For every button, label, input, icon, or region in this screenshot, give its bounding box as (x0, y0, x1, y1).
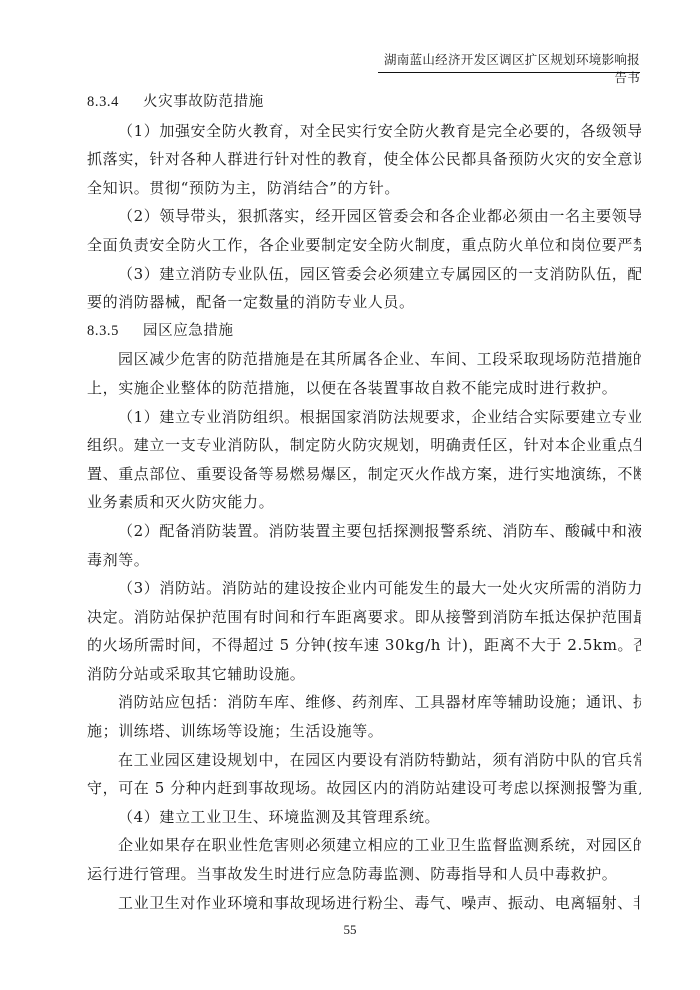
paragraph-line: 要的消防器械，配备一定数量的消防专业人员。 (87, 288, 641, 317)
paragraph-line: 工业卫生对作业环境和事故现场进行粉尘、毒气、噪声、振动、电离辐射、非电离 (87, 889, 641, 918)
page-body: 8.3.4火灾事故防范措施 （1）加强安全防火教育，对全民实行安全防火教育是完全… (87, 88, 641, 917)
paragraph-line: 全面负责安全防火工作，各企业要制定安全防火制度，重点防火单位和岗位要严禁烟火。 (87, 231, 641, 260)
paragraph-line: 守，可在 5 分种内赶到事故现场。故园区内的消防站建设可考虑以探测报警为重点。 (87, 774, 641, 803)
section-number: 8.3.5 (87, 317, 143, 346)
paragraph-line: （3）建立消防专业队伍，园区管委会必须建立专属园区的一支消防队伍，配备必 (87, 260, 641, 289)
paragraph-line: 的火场所需时间，不得超过 5 分钟(按车速 30kg/h 计)，距离不大于 2.… (87, 631, 641, 660)
paragraph-line: （1）建立专业消防组织。根据国家消防法规要求，企业结合实际要建立专业消防 (87, 403, 641, 432)
paragraph-line: 全知识。贯彻“预防为主，防消结合”的方针。 (87, 174, 641, 203)
paragraph-line: 组织。建立一支专业消防队，制定防火防灾规划，明确责任区，针对本企业重点生产装 (87, 431, 641, 460)
section-title: 园区应急措施 (143, 323, 234, 339)
paragraph-line: 消防站应包括：消防车库、维修、药剂库、工具器材库等辅助设施；通讯、执勤设 (87, 688, 641, 717)
paragraph-line: 消防分站或采取其它辅助设施。 (87, 660, 641, 689)
paragraph-line: 毒剂等。 (87, 546, 641, 575)
paragraph-line: 决定。消防站保护范围有时间和行车距离要求。即从接警到消防车抵达保护范围最远点 (87, 603, 641, 632)
header-divider (378, 72, 640, 73)
paragraph-line: 抓落实，针对各种人群进行针对性的教育，使全体公民都具备预防火灾的安全意识和安 (87, 145, 641, 174)
section-title: 火灾事故防范措施 (143, 94, 264, 110)
document-header: 湖南蓝山经济开发区调区扩区规划环境影响报告书 (378, 50, 640, 86)
paragraph-line: （2）配备消防装置。消防装置主要包括探测报警系统、消防车、酸碱中和液、防 (87, 517, 641, 546)
paragraph-line: 园区减少危害的防范措施是在其所属各企业、车间、工段采取现场防范措施的基础 (87, 345, 641, 374)
page-number: 55 (0, 922, 700, 938)
section-heading-8-3-4: 8.3.4火灾事故防范措施 (87, 88, 641, 117)
paragraph-line: （2）领导带头，狠抓落实，经开园区管委会和各企业都必须由一名主要领导干部 (87, 202, 641, 231)
paragraph-line: 运行进行管理。当事故发生时进行应急防毒监测、防毒指导和人员中毒救护。 (87, 860, 641, 889)
paragraph-line: 业务素质和灭火防灾能力。 (87, 488, 641, 517)
paragraph-line: 施；训练塔、训练场等设施；生活设施等。 (87, 717, 641, 746)
paragraph-line: 在工业园区建设规划中，在园区内要设有消防特勤站，须有消防中队的官兵常年值 (87, 746, 641, 775)
paragraph-line: （3）消防站。消防站的建设按企业内可能发生的最大一处火灾所需的消防力量来 (87, 574, 641, 603)
paragraph-line: 置、重点部位、重要设备等易燃易爆区，制定灭火作战方案，进行实地演练，不断提高 (87, 460, 641, 489)
paragraph-line: 上，实施企业整体的防范措施，以便在各装置事故自救不能完成时进行救护。 (87, 374, 641, 403)
section-number: 8.3.4 (87, 88, 143, 117)
paragraph-line: （4）建立工业卫生、环境监测及其管理系统。 (87, 803, 641, 832)
section-heading-8-3-5: 8.3.5园区应急措施 (87, 317, 641, 346)
paragraph-line: 企业如果存在职业性危害则必须建立相应的工业卫生监督监测系统，对园区的正常 (87, 831, 641, 860)
paragraph-line: （1）加强安全防火教育，对全民实行安全防火教育是完全必要的，各级领导要狠 (87, 117, 641, 146)
